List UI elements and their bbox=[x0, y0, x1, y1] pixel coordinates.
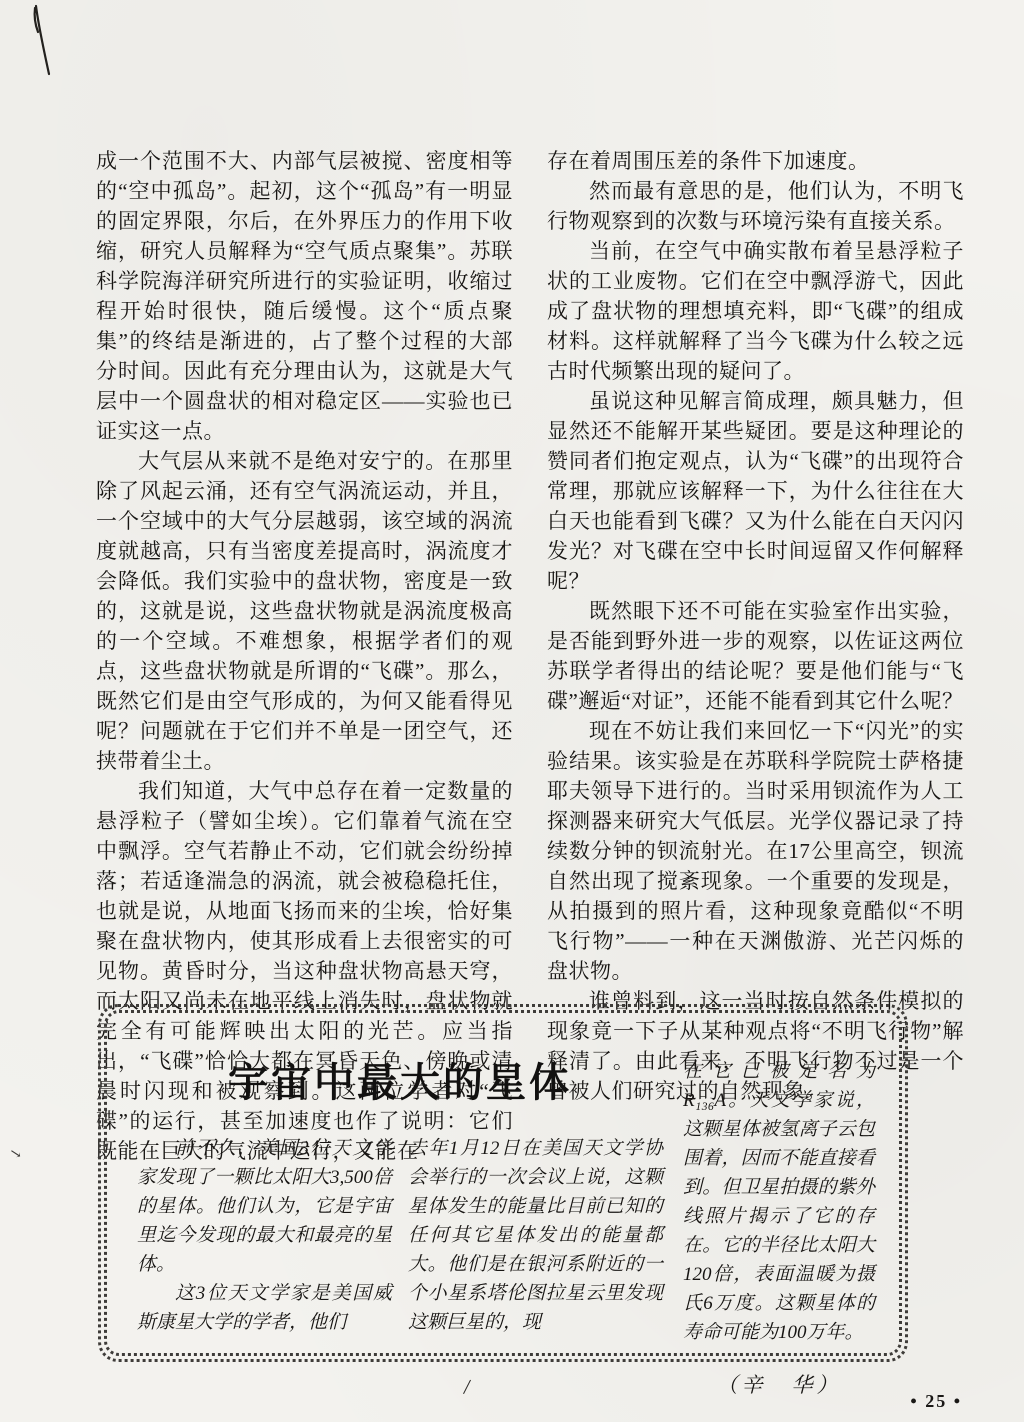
magazine-page: 成一个范围不大、内部气层被搅、密度相等的“空中孤岛”。起初，这个“孤岛”有一明显… bbox=[0, 0, 1024, 1422]
paragraph: 当前，在空气中确实散布着呈悬浮粒子状的工业废物。它们在空中飘浮游弋，因此成了盘状… bbox=[547, 236, 964, 386]
paragraph: 既然眼下还不可能在实验室作出实验，是否能到野外进一步的观察，以佐证这两位苏联学者… bbox=[547, 596, 964, 716]
box-outer-border: 宇宙中最大的星体 前不久，美国3位天文学家发现了一颗比太阳大3,500倍的星体。… bbox=[98, 1004, 908, 1362]
paragraph: 去年1月12日在美国天文学协会举行的一次会议上说，这颗星体发生的能量比目前已知的… bbox=[408, 1134, 663, 1337]
boxed-article: 宇宙中最大的星体 前不久，美国3位天文学家发现了一颗比太阳大3,500倍的星体。… bbox=[98, 1004, 908, 1362]
box-column-3: 在它已被定名为R₁₃₆A。天文学家说，这颗星体被氢离子云包围着，因而不能直接看到… bbox=[683, 1027, 875, 1337]
margin-tick-artifact: ↘ bbox=[8, 1145, 23, 1164]
author-signature: （辛 华） bbox=[683, 1371, 875, 1400]
box-column-1: 前不久，美国3位天文学家发现了一颗比太阳大3,500倍的星体。他们认为，它是宇宙… bbox=[137, 1134, 392, 1337]
box-column-2: 去年1月12日在美国天文学协会举行的一次会议上说，这颗星体发生的能量比目前已知的… bbox=[408, 1134, 663, 1337]
box-inner-border: 宇宙中最大的星体 前不久，美国3位天文学家发现了一颗比太阳大3,500倍的星体。… bbox=[104, 1010, 902, 1356]
box-columns: 前不久，美国3位天文学家发现了一颗比太阳大3,500倍的星体。他们认为，它是宇宙… bbox=[137, 1134, 663, 1337]
paragraph: 然而最有意思的是，他们认为，不明飞行物观察到的次数与环境污染有直接关系。 bbox=[547, 176, 964, 236]
paragraph: 现在不妨让我们来回忆一下“闪光”的实验结果。该实验是在苏联科学院院士萨格捷耶夫领… bbox=[547, 716, 964, 986]
paragraph: 成一个范围不大、内部气层被搅、密度相等的“空中孤岛”。起初，这个“孤岛”有一明显… bbox=[96, 146, 513, 446]
slash-mark-artifact: / bbox=[462, 1374, 472, 1401]
paragraph: 存在着周围压差的条件下加速度。 bbox=[547, 146, 964, 176]
paragraph: 在它已被定名为R₁₃₆A。天文学家说，这颗星体被氢离子云包围着，因而不能直接看到… bbox=[683, 1057, 875, 1347]
paragraph: 虽说这种见解言简成理，颇具魅力，但显然还不能解开某些疑团。要是这种理论的赞同者们… bbox=[547, 386, 964, 596]
paragraph: 前不久，美国3位天文学家发现了一颗比太阳大3,500倍的星体。他们认为，它是宇宙… bbox=[137, 1134, 392, 1279]
page-number: • 25 • bbox=[910, 1391, 962, 1412]
ink-stroke-artifact bbox=[22, 2, 62, 87]
paragraph: 这3位天文学家是美国威斯康星大学的学者，他们 bbox=[137, 1279, 392, 1337]
box-article-title: 宇宙中最大的星体 bbox=[137, 1051, 663, 1108]
box-left-section: 宇宙中最大的星体 前不久，美国3位天文学家发现了一颗比太阳大3,500倍的星体。… bbox=[137, 1027, 663, 1337]
paragraph: 大气层从来就不是绝对安宁的。在那里除了风起云涌，还有空气涡流运动，并且，一个空域… bbox=[96, 446, 513, 776]
